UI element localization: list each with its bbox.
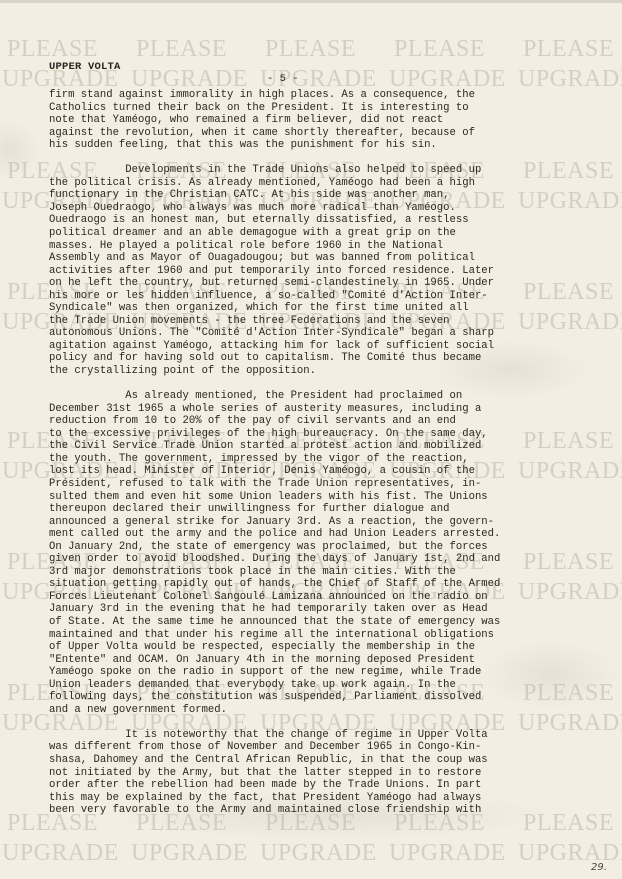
text-line: Union leaders demanded that everybody ta… [49, 679, 594, 692]
text-line: shasa, Dahomey and the Central African R… [49, 754, 594, 767]
watermark-text: UPGRADE [131, 840, 260, 867]
text-line: of State. At the same time he announced … [49, 616, 594, 629]
text-line: Président, refused to talk with the Trad… [49, 478, 594, 491]
watermark-text: PLEASE [394, 36, 523, 63]
paragraph: Developments in the Trade Unions also he… [49, 164, 594, 377]
text-line: to the excessive privileges of the high … [49, 428, 594, 441]
text-line: policy and for having sold out to capita… [49, 352, 594, 365]
text-line: On January 2nd, the state of emergency w… [49, 541, 594, 554]
text-line: on he left the country, but returned sem… [49, 277, 594, 290]
watermark-row: UPGRADEUPGRADEUPGRADEUPGRADEUPGRADE [2, 840, 622, 867]
text-line: January 3rd in the evening that he had t… [49, 603, 594, 616]
text-line: thereupon declared their unwillingness f… [49, 503, 594, 516]
text-line: the youth. The government, impressed by … [49, 453, 594, 466]
text-line: Assembly and as Mayor of Ouagadougou; bu… [49, 252, 594, 265]
text-line: his sudden feeling, that this was the pu… [49, 139, 594, 152]
text-line: maintained and that under his regime all… [49, 629, 594, 642]
text-line: masses. He played a political role befor… [49, 240, 594, 253]
document-title: UPPER VOLTA [49, 61, 121, 73]
text-line: Joseph Ouedraogo, who always was much mo… [49, 202, 594, 215]
text-line: agitation against Yaméogo, attacking him… [49, 340, 594, 353]
paragraph: As already mentioned, the President had … [49, 390, 594, 716]
text-line: 3rd major demonstrations took place in t… [49, 566, 594, 579]
text-line: As already mentioned, the President had … [49, 390, 594, 403]
text-line: the Trade Union movements - the three Fe… [49, 315, 594, 328]
text-line: the political crisis. As already mention… [49, 177, 594, 190]
text-line: political dreamer and an able demagogue … [49, 227, 594, 240]
text-line: functionary in the Christian CATC. At hi… [49, 189, 594, 202]
text-line: lost its head. Minister of Interior, Den… [49, 465, 594, 478]
paragraph: It is noteworthy that the change of regi… [49, 729, 594, 817]
watermark-text: PLEASE [265, 36, 394, 63]
text-line: activities after 1960 and put temporaril… [49, 265, 594, 278]
text-line: been very favorable to the Army and main… [49, 804, 594, 817]
text-line: Yaméogo spoke on the radio in support of… [49, 666, 594, 679]
text-line: his more or les hidden influence, a so-c… [49, 290, 594, 303]
text-line: was different from those of November and… [49, 741, 594, 754]
text-line: following days, the constitution was sus… [49, 691, 594, 704]
text-line: "Entente" and OCAM. On January 4th in th… [49, 654, 594, 667]
watermark-text: UPGRADE [389, 840, 518, 867]
text-line: against the revolution, when it came sho… [49, 127, 594, 140]
text-line: note that Yaméogo, who remained a firm b… [49, 114, 594, 127]
text-line: autonomous Unions. The "Comité d'Action … [49, 327, 594, 340]
document-body: firm stand against immorality in high pl… [49, 89, 594, 829]
paragraph: firm stand against immorality in high pl… [49, 89, 594, 152]
paper-smudge [0, 120, 40, 180]
page-number: - 5 - [267, 73, 299, 85]
text-line: the crystallizing point of the oppositio… [49, 365, 594, 378]
text-line: order after the rebellion had been made … [49, 779, 594, 792]
watermark-row: PLEASEPLEASEPLEASEPLEASEPLEASE [7, 36, 622, 63]
watermark-text: UPGRADE [2, 840, 131, 867]
text-line: announced a general strike for January 3… [49, 516, 594, 529]
text-line: situation getting rapidly out of hands, … [49, 578, 594, 591]
text-line: Ouedraogo is an honest man, but eternall… [49, 214, 594, 227]
text-line: Syndicale" was then organized, which for… [49, 302, 594, 315]
watermark-text: PLEASE [523, 36, 622, 63]
page-top-edge [0, 0, 622, 3]
text-line: this may be explained by the fact, that … [49, 792, 594, 805]
text-line: reduction from 10 to 20% of the pay of c… [49, 415, 594, 428]
text-line: and a new government formed. [49, 704, 594, 717]
text-line: December 31st 1965 a whole series of aus… [49, 403, 594, 416]
text-line: firm stand against immorality in high pl… [49, 89, 594, 102]
text-line: the Civil Service Trade Union started a … [49, 440, 594, 453]
text-line: not initiated by the Army, but that the … [49, 767, 594, 780]
text-line: sulted them and even hit some Union lead… [49, 491, 594, 504]
text-line: Catholics turned their back on the Presi… [49, 102, 594, 115]
text-line: Developments in the Trade Unions also he… [49, 164, 594, 177]
handwritten-page-number: 29. [591, 862, 607, 873]
watermark-text: UPGRADE [260, 840, 389, 867]
text-line: Forces Lieutenant Colonel Sangoulé Lamiz… [49, 591, 594, 604]
text-line: It is noteworthy that the change of regi… [49, 729, 594, 742]
text-line: of Upper Volta would be respected, espec… [49, 641, 594, 654]
text-line: given order to avoid bloodshed. During t… [49, 553, 594, 566]
text-line: ment called out the army and the police … [49, 528, 594, 541]
watermark-text: PLEASE [136, 36, 265, 63]
